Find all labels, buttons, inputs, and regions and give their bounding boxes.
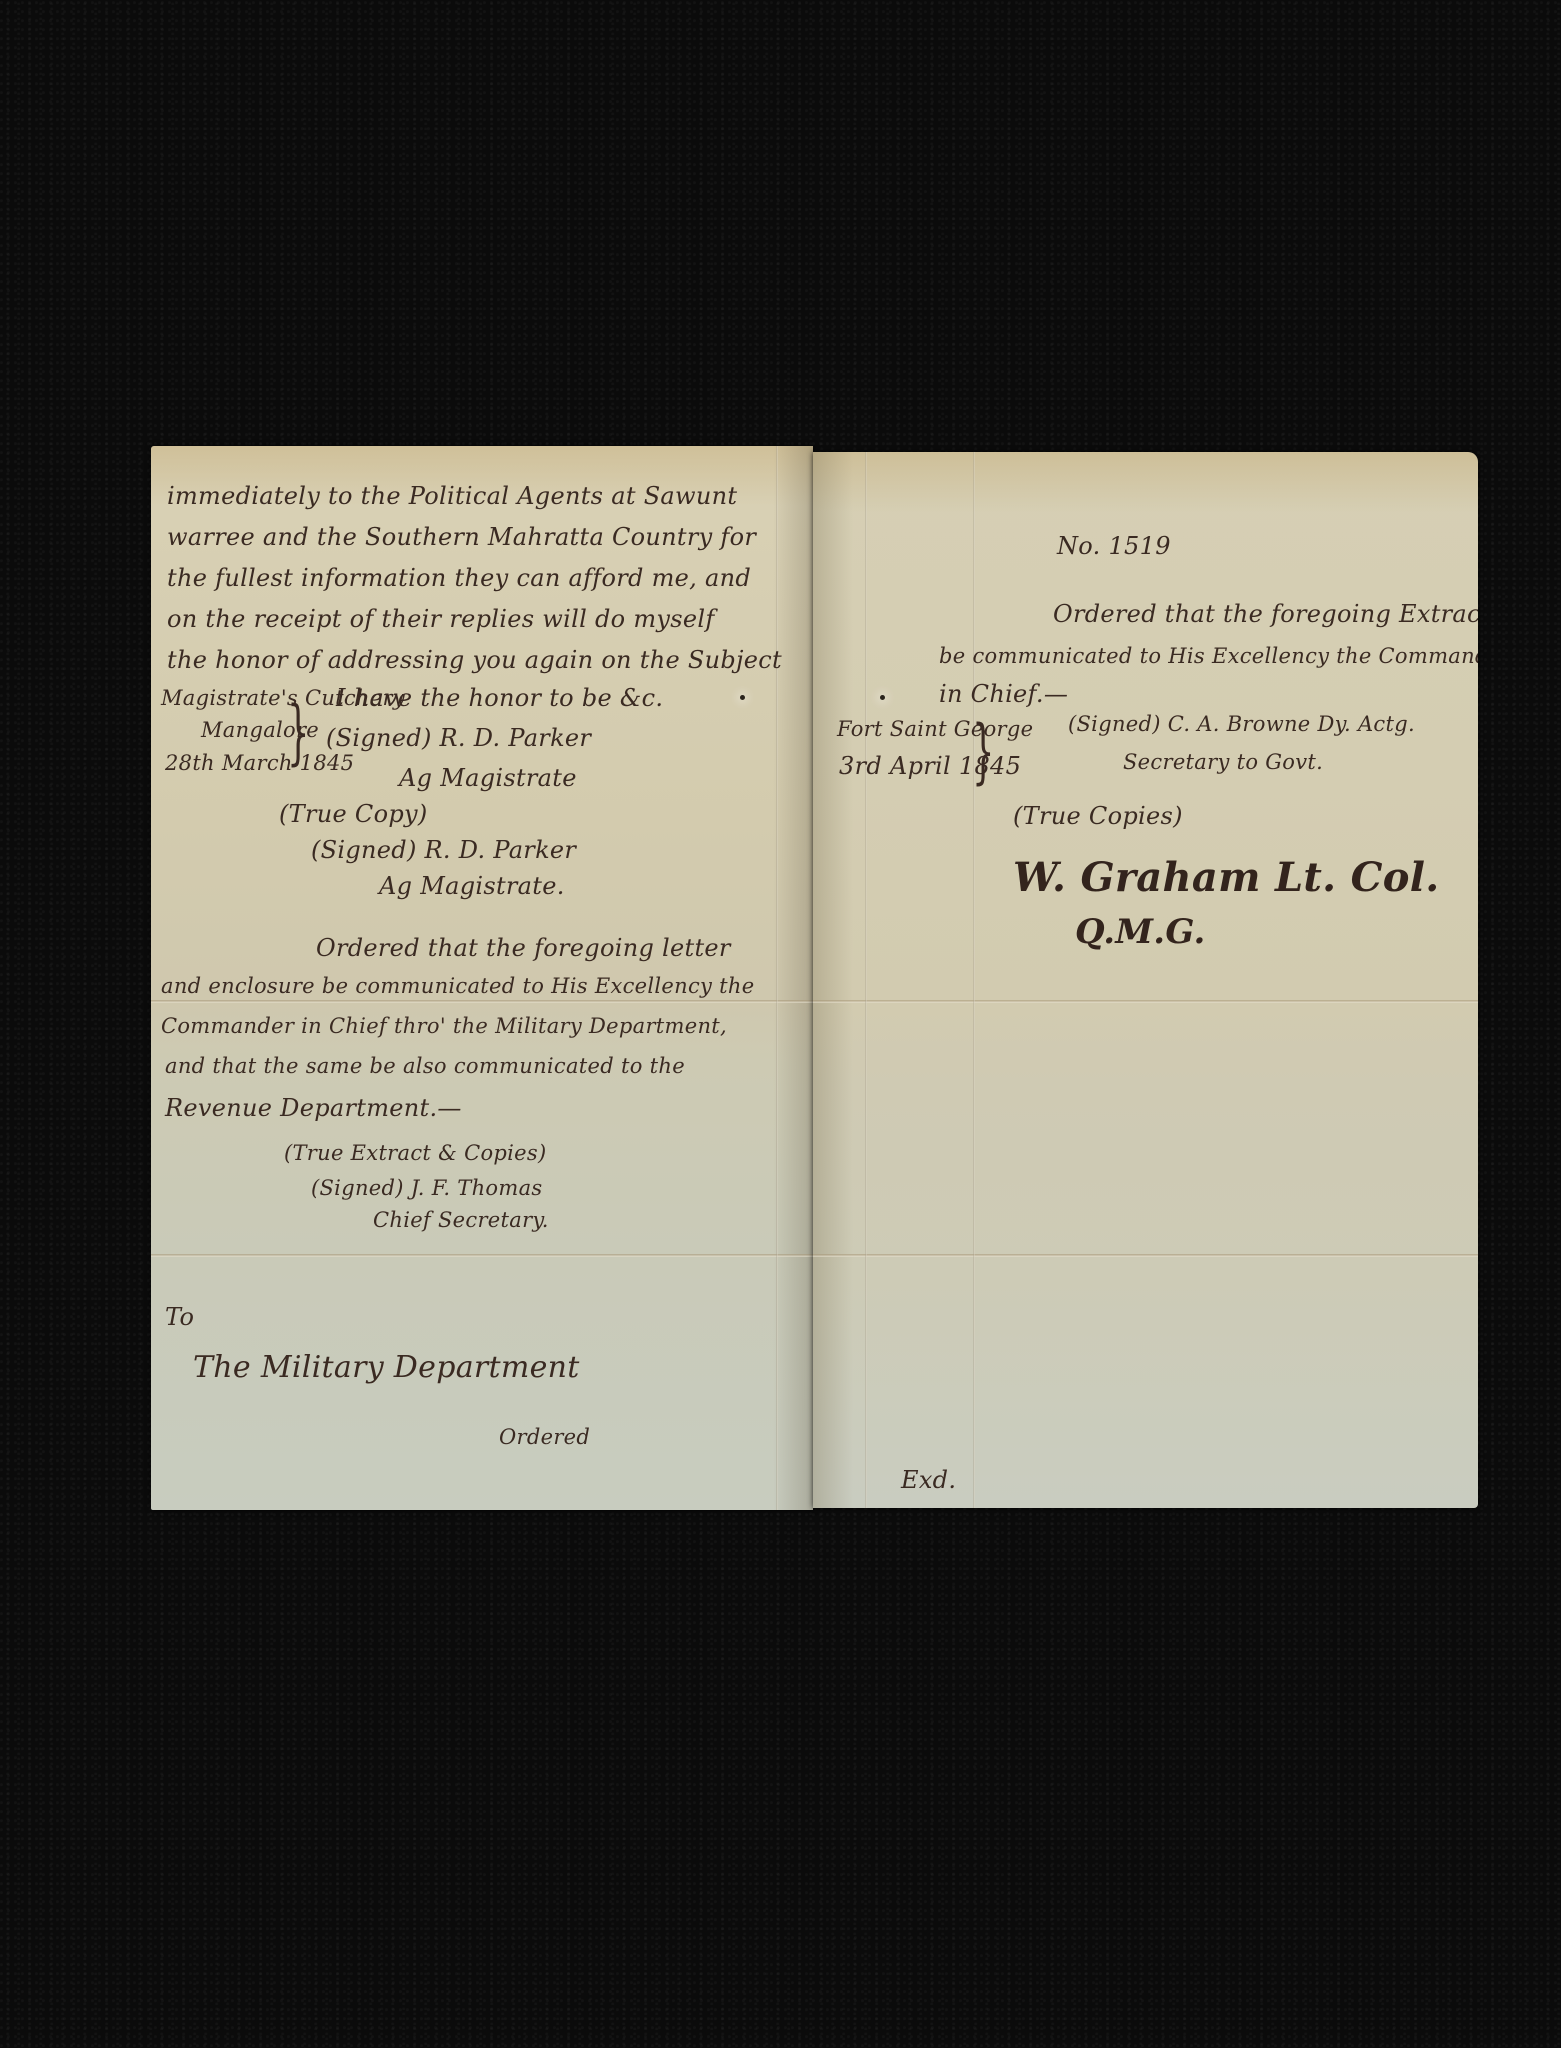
true-extract-line: (True Extract & Copies)	[284, 1141, 546, 1165]
pin-hole	[740, 695, 745, 700]
horizontal-fold	[151, 1254, 813, 1257]
left-page: immediately to the Political Agents at S…	[151, 446, 813, 1510]
date-line: 28th March 1845	[165, 751, 354, 775]
order-line: Commander in Chief thro' the Military De…	[161, 1014, 727, 1038]
signature-line: (Signed) R. D. Parker	[326, 724, 591, 752]
document-number: No. 1519	[1057, 532, 1171, 560]
paper-stain	[813, 452, 1478, 512]
place-line: Fort Saint George	[837, 717, 1033, 741]
order-line: Revenue Department.—	[165, 1094, 462, 1122]
order-line: Ordered that the foregoing letter	[316, 934, 731, 962]
right-page: No. 1519 Ordered that the foregoing Extr…	[813, 452, 1478, 1508]
order-line: and enclosure be communicated to His Exc…	[161, 974, 754, 998]
gutter-shadow	[813, 452, 853, 1508]
true-copy-line: (True Copy)	[279, 800, 428, 828]
true-copies-line: (True Copies)	[1013, 802, 1183, 830]
title-line: Chief Secretary.	[373, 1208, 549, 1232]
brace-icon: }	[972, 710, 994, 792]
horizontal-fold	[813, 1000, 1478, 1003]
to-label: To	[165, 1303, 194, 1331]
brace-icon: }	[287, 691, 309, 773]
order-line: and that the same be also communicated t…	[165, 1054, 685, 1078]
vertical-fold	[865, 452, 867, 1508]
body-line: the fullest information they can afford …	[167, 564, 751, 592]
order-line: Ordered that the foregoing Extract	[1053, 600, 1478, 628]
signature-line: (Signed) R. D. Parker	[311, 836, 576, 864]
title-line: Ag Magistrate	[399, 764, 577, 792]
footer-mark: Exd.	[901, 1466, 956, 1494]
horizontal-fold	[151, 1000, 813, 1003]
title-line: Secretary to Govt.	[1123, 750, 1323, 774]
gutter-shadow	[773, 446, 813, 1510]
footer-ordered: Ordered	[499, 1425, 590, 1449]
body-line: immediately to the Political Agents at S…	[167, 482, 737, 510]
handwritten-signature: W. Graham Lt. Col.	[1013, 854, 1439, 901]
horizontal-fold	[813, 1254, 1478, 1257]
closing-line: I have the honor to be &c.	[336, 684, 663, 712]
addressee: The Military Department	[193, 1350, 580, 1385]
order-line: be communicated to His Excellency the Co…	[939, 644, 1478, 668]
vertical-fold	[776, 446, 778, 1510]
body-line: the honor of addressing you again on the…	[167, 646, 782, 674]
vertical-fold	[973, 452, 975, 1508]
signature-title: Q.M.G.	[1075, 912, 1206, 952]
body-line: on the receipt of their replies will do …	[167, 605, 715, 633]
signature-line: (Signed) C. A. Browne Dy. Actg.	[1068, 712, 1415, 736]
body-line: warree and the Southern Mahratta Country…	[167, 523, 756, 551]
signature-line: (Signed) J. F. Thomas	[311, 1176, 542, 1200]
pin-hole	[880, 695, 885, 700]
title-line: Ag Magistrate.	[379, 872, 565, 900]
order-line: in Chief.—	[939, 680, 1068, 708]
